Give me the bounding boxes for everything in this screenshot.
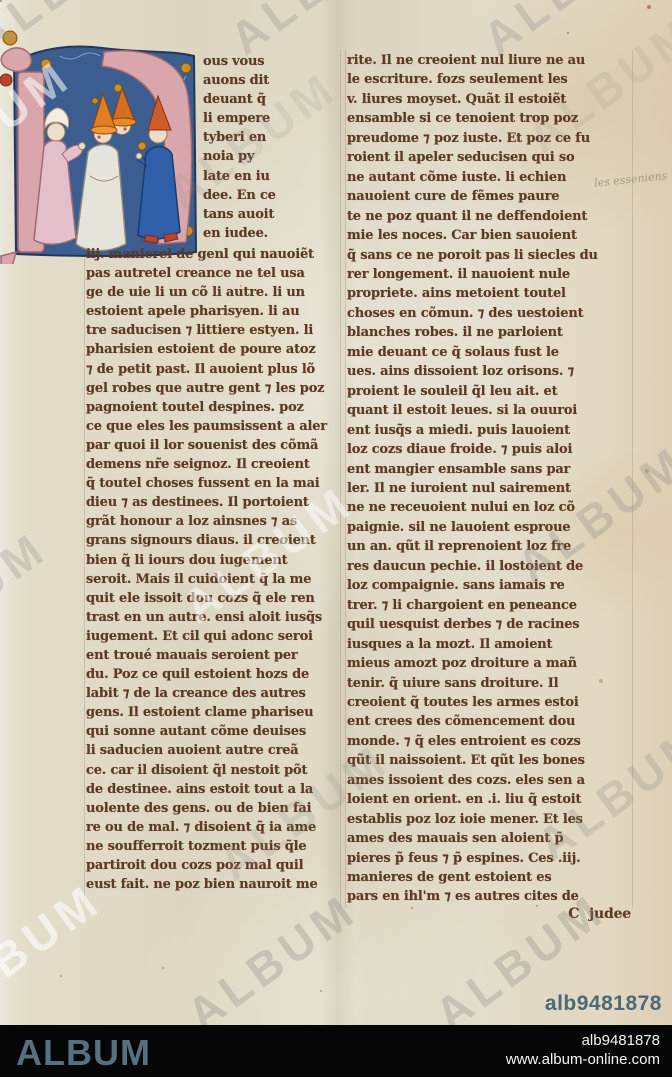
ruling-line xyxy=(340,50,341,908)
manuscript-text-line: ce. car il disoient q̃l nestoit põt xyxy=(86,761,339,780)
left-text-column: iij. manierel de genl qui nauoiẽtpas aut… xyxy=(86,245,339,894)
gold-ball-ornament xyxy=(3,31,17,45)
manuscript-text-line: choses en cõmun. ⁊ des uestoient xyxy=(347,304,631,323)
album-logo: ALBUM xyxy=(16,1032,151,1074)
manuscript-text-line: ne autant cõme iuste. li echien xyxy=(347,168,631,187)
manuscript-text-line: tans auoit xyxy=(203,205,333,224)
manuscript-text-line: le escriture. fozs seulement les xyxy=(347,70,631,89)
manuscript-text-line: loient en orient. en .i. liu q̃ estoit xyxy=(347,790,631,809)
manuscript-text-line: monde. ⁊ q̃ eles entroient es cozs xyxy=(347,732,631,751)
manuscript-text-line: ent mangier ensamble sans par xyxy=(347,460,631,479)
manuscript-text-line: establis poz loz ioie mener. Et les xyxy=(347,810,631,829)
album-watermark: ALBUM xyxy=(0,521,57,680)
manuscript-text-line: ent troué mauais seroient per xyxy=(86,646,339,665)
manuscript-text-line: ames des mauais sen aloient p̃ xyxy=(347,829,631,848)
ruling-line xyxy=(84,245,85,905)
manuscript-text-line: ensamble si ce tenoient trop poz xyxy=(347,109,631,128)
manuscript-text-line: iusques a la mozt. Il amoient xyxy=(347,635,631,654)
manuscript-text-line: trer. ⁊ li chargoient en peneance xyxy=(347,596,631,615)
manuscript-text-line: proient le souleil q̃l leu ait. et xyxy=(347,382,631,401)
manuscript-text-line: pieres p̃ feus ⁊ p̃ espines. Ces .iij. xyxy=(347,849,631,868)
manuscript-text-line: iij. manierel de genl qui nauoiẽt xyxy=(86,245,339,264)
manuscript-text-line: quil uesquist derbes ⁊ de racines xyxy=(347,615,631,634)
manuscript-text-line: ames issoient des cozs. eles sen a xyxy=(347,771,631,790)
manuscript-photo: ous vousauons ditdeuant q̃li emperetyber… xyxy=(0,0,672,1025)
manuscript-text-line: preudome ⁊ poz iuste. Et poz ce fu xyxy=(347,129,631,148)
manuscript-text-line: roient il apeler seducisen qui so xyxy=(347,148,631,167)
manuscript-text-line: tyberi en xyxy=(203,128,333,147)
illuminated-initial-miniature xyxy=(0,26,202,264)
manuscript-text-line: tre saducisen ⁊ littiere estyen. li xyxy=(86,321,339,340)
album-watermark: ALBUM xyxy=(0,873,111,1025)
manuscript-text-line: pharisien estoient de poure atoz xyxy=(86,340,339,359)
manuscript-text-line: trast en un autre. ensi aloit iusq̃s xyxy=(86,608,339,627)
manuscript-text-line: demens nr̃e seignoz. Il creoient xyxy=(86,455,339,474)
manuscript-text-line: ous vous xyxy=(203,52,333,71)
manuscript-text-line: te ne poz quant il ne deffendoient xyxy=(347,207,631,226)
manuscript-text-line: par quoi il lor souenist des cõmã xyxy=(86,436,339,455)
manuscript-text-line: dieu ⁊ as destinees. Il portoient xyxy=(86,493,339,512)
manuscript-text-line: late en iu xyxy=(203,167,333,186)
manuscript-text-line: auons dit xyxy=(203,71,333,90)
image-id-overlay: alb9481878 xyxy=(545,992,662,1016)
parchment-specks xyxy=(0,0,2,2)
manuscript-text-line: ent crees des cõmencement dou xyxy=(347,712,631,731)
manuscript-text-line: labit ⁊ de la creance des autres xyxy=(86,684,339,703)
colophon-line: C judee xyxy=(347,905,631,924)
footer-website-link[interactable]: www.album-online.com xyxy=(506,1050,660,1069)
red-curl-ornament xyxy=(0,74,12,86)
manuscript-text-line: mieus amozt poz droiture a mañ xyxy=(347,654,631,673)
manuscript-text-line: propriete. ains metoient toutel xyxy=(347,284,631,303)
manuscript-text-line: v. liures moyset. Quãt il estoiẽt xyxy=(347,90,631,109)
right-text-column: rite. Il ne creoient nul liure ne aule e… xyxy=(347,51,631,907)
manuscript-text-line: iugement. Et cil qui adonc seroi xyxy=(86,627,339,646)
stock-photo-page: ous vousauons ditdeuant q̃li emperetyber… xyxy=(0,0,672,1077)
manuscript-text-line: li saducien auoient autre creã xyxy=(86,741,339,760)
manuscript-text-line: paignie. sil ne lauoient esproue xyxy=(347,518,631,537)
manuscript-text-line: qũt il naissoient. Et qũt les bones xyxy=(347,751,631,770)
manuscript-text-line: ge de uie li un cõ li autre. li un xyxy=(86,283,339,302)
manuscript-text-line: ues. ains dissoient loz orisons. ⁊ xyxy=(347,362,631,381)
manuscript-text-line: deuant q̃ xyxy=(203,90,333,109)
manuscript-text-line: li empere xyxy=(203,109,333,128)
manuscript-text-line: loz cozs diaue froide. ⁊ puis aloi xyxy=(347,440,631,459)
manuscript-text-line: uolente des gens. ou de bien fai xyxy=(86,799,339,818)
paragraph-mark: C xyxy=(568,905,579,924)
manuscript-text-line: grans signours diaus. il creoient xyxy=(86,531,339,550)
ruling-line xyxy=(345,50,346,908)
manuscript-text-line: un an. qũt il reprenoient loz fre xyxy=(347,537,631,556)
manuscript-text-line: eust fait. ne poz bien nauroit me xyxy=(86,875,339,894)
manuscript-text-line: seroit. Mais il cuidoient q̃ la me xyxy=(86,570,339,589)
manuscript-text-line: loz compaignie. sans iamais re xyxy=(347,576,631,595)
manuscript-text-line: ler. Il ne iuroient nul sairement xyxy=(347,479,631,498)
manuscript-text-line: quit ele issoit dou cozs q̃ ele ren xyxy=(86,589,339,608)
manuscript-text-line: rite. Il ne creoient nul liure ne au xyxy=(347,51,631,70)
manuscript-text-line: q̃ sans ce ne poroit pas li siecles du xyxy=(347,246,631,265)
manuscript-text-line: ne ne receuoient nului en loz cõ xyxy=(347,498,631,517)
manuscript-text-line: gens. Il estoient clame phariseu xyxy=(86,703,339,722)
manuscript-text-line: en iudee. xyxy=(203,224,333,243)
manuscript-text-line: partiroit dou cozs poz mal quil xyxy=(86,856,339,875)
manuscript-text-line: qui sonne autant cõme deuises xyxy=(86,722,339,741)
manuscript-text-line: noia py xyxy=(203,147,333,166)
manuscript-text-line: du. Poz ce quil estoient hozs de xyxy=(86,665,339,684)
footer-bar: ALBUM alb9481878 www.album-online.com xyxy=(0,1025,672,1077)
colophon-word: judee xyxy=(589,905,631,924)
manuscript-text-line: q̃ toutel choses fussent en la mai xyxy=(86,474,339,493)
manuscript-text-line: pagnoient toutel despines. poz xyxy=(86,398,339,417)
footer-image-id: alb9481878 xyxy=(506,1031,660,1050)
manuscript-text-line: ce que eles les paumsissent a aler xyxy=(86,417,339,436)
manuscript-text-line: ne soufferroit tozment puis q̃le xyxy=(86,837,339,856)
footer-info: alb9481878 www.album-online.com xyxy=(506,1031,660,1069)
manuscript-text-line: blanches robes. il ne parloient xyxy=(347,323,631,342)
manuscript-text-line: grãt honour a loz ainsnes ⁊ as xyxy=(86,512,339,531)
manuscript-text-line: quant il estoit leues. si la ouuroi xyxy=(347,401,631,420)
manuscript-text-line: nauoient cure de fẽmes paure xyxy=(347,187,631,206)
manuscript-text-line: manieres de gent estoient es xyxy=(347,868,631,887)
manuscript-text-line: bien q̃ li iours dou iugement xyxy=(86,551,339,570)
manuscript-text-line: re ou de mal. ⁊ disoient q̃ ia ame xyxy=(86,818,339,837)
manuscript-text-line: dee. En ce xyxy=(203,186,333,205)
manuscript-text-line: estoient apele pharisyen. li au xyxy=(86,302,339,321)
manuscript-text-line: ent iusq̃s a miedi. puis lauoient xyxy=(347,421,631,440)
manuscript-text-line: res daucun pechie. il lostoient de xyxy=(347,557,631,576)
manuscript-text-line: de destinee. ains estoit tout a la xyxy=(86,780,339,799)
manuscript-text-line: creoient q̃ toutes les armes estoi xyxy=(347,693,631,712)
manuscript-text-line: mie deuant ce q̃ solaus fust le xyxy=(347,343,631,362)
manuscript-text-line: pas autretel creance ne tel usa xyxy=(86,264,339,283)
manuscript-text-line: tenir. q̃ uiure sans droiture. Il xyxy=(347,674,631,693)
manuscript-text-line: rer longement. il nauoient nule xyxy=(347,265,631,284)
manuscript-text-line: gel robes que autre gent ⁊ les poz xyxy=(86,379,339,398)
album-watermark: ALBUM xyxy=(177,883,367,1025)
manuscript-text-line: ⁊ de petit past. Il auoient plus lõ xyxy=(86,360,339,379)
left-column-inset-lines: ous vousauons ditdeuant q̃li emperetyber… xyxy=(203,52,333,243)
manuscript-text-line: mie les noces. Car bien sauoient xyxy=(347,226,631,245)
